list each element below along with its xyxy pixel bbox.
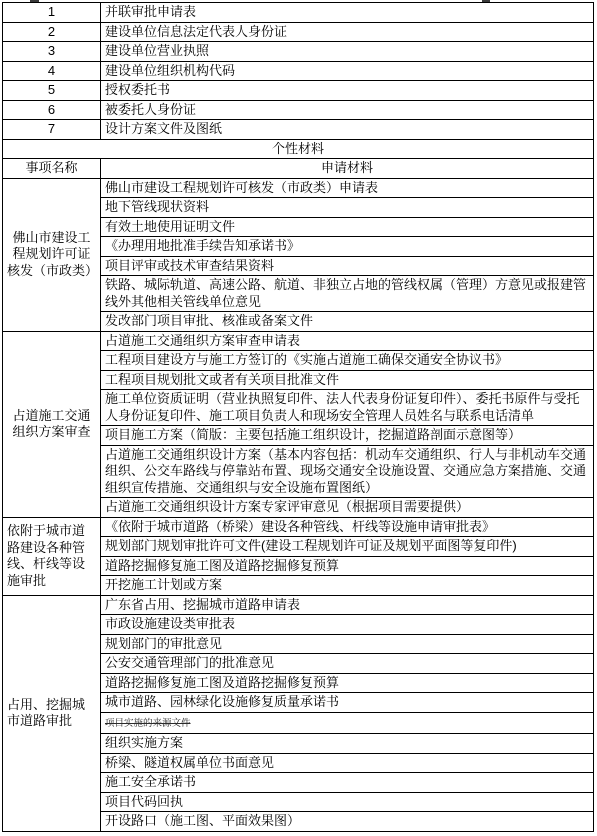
material-cell: 组织实施方案	[101, 734, 594, 754]
materials-table: 1并联审批申请表2建设单位信息法定代表人身份证3建设单位营业执照4建设单位组织机…	[2, 2, 594, 832]
material-cell: 开挖施工计划或方案	[101, 576, 594, 596]
material-cell: 《依附于城市道路（桥梁）建设各种管线、杆线等设施申请审批表》	[101, 517, 594, 537]
material-cell: 授权委托书	[101, 81, 594, 101]
document-page: 1并联审批申请表2建设单位信息法定代表人身份证3建设单位营业执照4建设单位组织机…	[0, 0, 597, 836]
material-cell: 建设单位营业执照	[101, 42, 594, 62]
common-material-row: 6被委托人身份证	[3, 100, 594, 120]
row-number-cell: 2	[3, 22, 101, 42]
material-cell: 工程项目建设方与施工方签订的《实施占道施工确保交通安全协议书》	[101, 351, 594, 371]
material-cell: 铁路、城际轨道、高速公路、航道、非独立占地的管线权属（管理）方意见或报建管线外其…	[101, 276, 594, 312]
material-cell: 项目施工方案（简版：主要包括施工组织设计，挖掘道路剖面示意图等）	[101, 426, 594, 446]
material-cell: 建设单位信息法定代表人身份证	[101, 22, 594, 42]
header-application-materials: 申请材料	[101, 159, 594, 179]
material-cell: 设计方案文件及图纸	[101, 120, 594, 140]
material-cell: 地下管线现状资料	[101, 198, 594, 218]
material-cell: 市政设施建设类审批表	[101, 615, 594, 635]
section-material-row: 占用、挖掘城市道路审批广东省占用、挖掘城市道路申请表	[3, 595, 594, 615]
material-cell: 规划部门规划审批许可文件(建设工程规划许可证及规划平面图等复印件)	[101, 537, 594, 557]
material-cell: 桥梁、隧道权属单位书面意见	[101, 753, 594, 773]
material-cell: 占道施工交通组织设计方案（基本内容包括：机动车交通组织、行人与非机动车交通组织、…	[101, 445, 594, 498]
common-material-row: 2建设单位信息法定代表人身份证	[3, 22, 594, 42]
material-cell: 工程项目规划批文或者有关项目批准文件	[101, 370, 594, 390]
material-cell: 规划部门的审批意见	[101, 634, 594, 654]
common-material-row: 4建设单位组织机构代码	[3, 61, 594, 81]
material-cell: 施工单位资质证明（营业执照复印件、法人代表身份证复印件）、委托书原件与受托人身份…	[101, 390, 594, 426]
header-item-name: 事项名称	[3, 159, 101, 179]
section-material-row: 依附于城市道路建设各种管线、杆线等设施审批《依附于城市道路（桥梁）建设各种管线、…	[3, 517, 594, 537]
material-cell: 佛山市建设工程规划许可核发（市政类）申请表	[101, 178, 594, 198]
material-cell: 项目代码回执	[101, 792, 594, 812]
material-cell: 公安交通管理部门的批准意见	[101, 654, 594, 674]
row-number-cell: 5	[3, 81, 101, 101]
section-material-row: 占道施工交通组织方案审查占道施工交通组织方案审查申请表	[3, 331, 594, 351]
section-name-cell: 依附于城市道路建设各种管线、杆线等设施审批	[3, 517, 101, 595]
material-cell: 有效土地使用证明文件	[101, 217, 594, 237]
banner-individual-materials: 个性材料	[3, 139, 594, 159]
struck-material-text: 项目实施的来源文件	[105, 718, 191, 729]
row-number-cell: 1	[3, 3, 101, 23]
material-cell: 广东省占用、挖掘城市道路申请表	[101, 595, 594, 615]
material-cell: 并联审批申请表	[101, 3, 594, 23]
material-cell: 开设路口（施工图、平面效果图）	[101, 812, 594, 832]
material-cell: 项目评审或技术审查结果资料	[101, 256, 594, 276]
material-cell: 被委托人身份证	[101, 100, 594, 120]
row-number-cell: 4	[3, 61, 101, 81]
common-material-row: 3建设单位营业执照	[3, 42, 594, 62]
material-cell: 占道施工交通组织方案审查申请表	[101, 331, 594, 351]
row-number-cell: 3	[3, 42, 101, 62]
banner-row: 个性材料	[3, 139, 594, 159]
material-cell: 项目实施的来源文件	[101, 712, 594, 734]
material-cell: 道路挖掘修复施工图及道路挖掘修复预算	[101, 673, 594, 693]
material-cell: 发改部门项目审批、核准或备案文件	[101, 312, 594, 332]
material-cell: 《办理用地批准手续告知承诺书》	[101, 237, 594, 257]
row-number-cell: 7	[3, 120, 101, 140]
section-name-cell: 占用、挖掘城市道路审批	[3, 595, 101, 831]
material-cell: 施工安全承诺书	[101, 773, 594, 793]
material-cell: 城市道路、园林绿化设施修复质量承诺书	[101, 693, 594, 713]
section-material-row: 佛山市建设工程规划许可证核发（市政类）佛山市建设工程规划许可核发（市政类）申请表	[3, 178, 594, 198]
material-cell: 道路挖掘修复施工图及道路挖掘修复预算	[101, 556, 594, 576]
header-row: 事项名称申请材料	[3, 159, 594, 179]
section-name-cell: 佛山市建设工程规划许可证核发（市政类）	[3, 178, 101, 331]
common-material-row: 1并联审批申请表	[3, 3, 594, 23]
material-cell: 建设单位组织机构代码	[101, 61, 594, 81]
common-material-row: 5授权委托书	[3, 81, 594, 101]
material-cell: 占道施工交通组织设计方案专家评审意见（根据项目需要提供）	[101, 498, 594, 518]
section-name-cell: 占道施工交通组织方案审查	[3, 331, 101, 517]
row-number-cell: 6	[3, 100, 101, 120]
common-material-row: 7设计方案文件及图纸	[3, 120, 594, 140]
materials-table-body: 1并联审批申请表2建设单位信息法定代表人身份证3建设单位营业执照4建设单位组织机…	[3, 3, 594, 832]
